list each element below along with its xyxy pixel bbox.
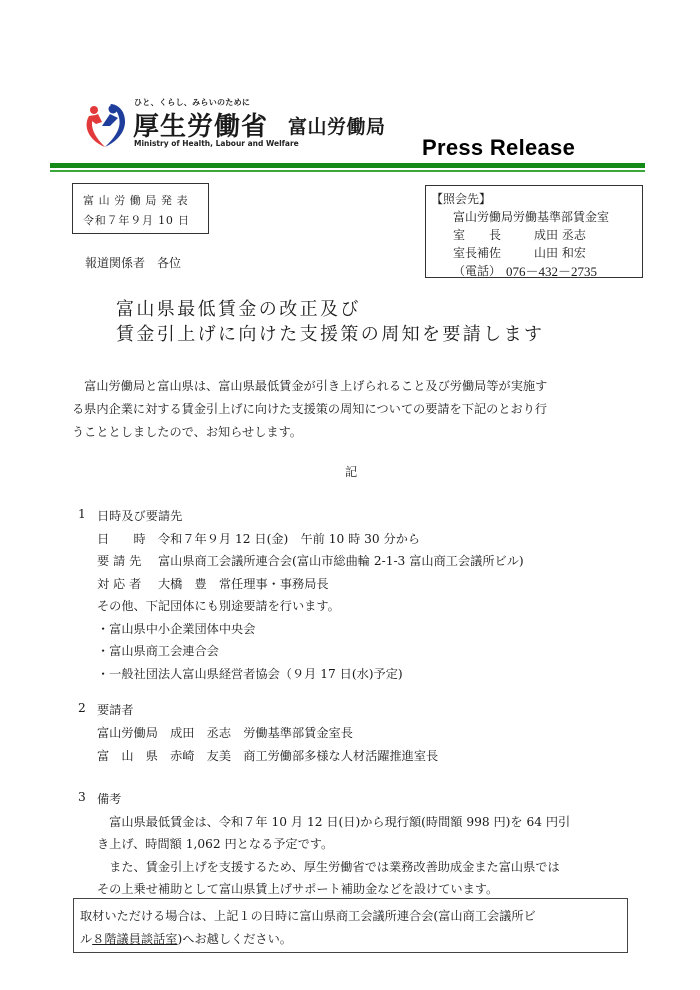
contact-role: 室 長 (453, 226, 501, 243)
field-label: 要 請 先 (97, 552, 141, 569)
intro-line: うこととしましたので、お知らせします。 (72, 423, 302, 440)
intro-line: 富山労働局と富山県は、富山県最低賃金が引き上げられること及び労働局等が実施す (72, 377, 547, 394)
page-title-line2: 賃金引上げに向けた支援策の周知を要請します (116, 320, 544, 346)
remarks-line: また、賃金引上げを支援するため、厚生労働省では業務改善助成金また富山県では (97, 858, 560, 875)
requester-row: 富山労働局 成田 丞志 労働基準部賃金室長 (97, 724, 353, 741)
notice-room: ８階議員談話室 (92, 932, 177, 946)
notice-line: ル８階議員談話室)へお越しください。 (80, 930, 292, 947)
remarks-line: き上げ、時間額 1,062 円となる予定です。 (97, 835, 333, 852)
header-divider-thin (50, 170, 645, 172)
others-intro: その他、下記団体にも別途要請を行います。 (97, 597, 340, 614)
issue-date: 令和７年９月 10 日 (83, 212, 190, 228)
intro-line: る県内企業に対する賃金引上げに向けた支援策の周知についての要請を下記のとおり行 (72, 400, 547, 417)
remarks-line: その上乗せ補助として富山県賃上げサポート補助金などを設けています。 (97, 880, 498, 897)
contact-person: 山田 和宏 (534, 244, 586, 261)
bureau-name: 富山労働局 (288, 112, 386, 139)
list-item: ・一般社団法人富山県経営者協会（９月 17 日(水)予定) (97, 665, 403, 682)
contact-box: 【照会先】 富山労働局労働基準部賃金室 室 長 成田 丞志 室長補佐 山田 和宏… (425, 185, 643, 278)
list-item: ・富山県中小企業団体中央会 (97, 620, 255, 637)
contact-office: 富山労働局労働基準部賃金室 (453, 208, 609, 225)
section-number: 3 (78, 790, 86, 804)
ministry-name-en: Ministry of Health, Labour and Welfare (134, 139, 299, 148)
notice-text: ル (80, 932, 92, 946)
field-value: 令和７年９月 12 日(金) 午前 10 時 30 分から (158, 530, 420, 547)
page-title-line1: 富山県最低賃金の改正及び (116, 295, 361, 321)
contact-heading: 【照会先】 (431, 190, 491, 207)
section-heading: 要請者 (97, 701, 134, 718)
contact-role: 室長補佐 (453, 244, 501, 261)
field-value: 大橋 豊 常任理事・事務局長 (158, 575, 329, 592)
list-item: ・富山県商工会連合会 (97, 642, 219, 659)
contact-phone: 076－432－2735 (506, 261, 597, 280)
contact-person: 成田 丞志 (534, 226, 586, 243)
section-number: 1 (78, 507, 86, 521)
issuer-name: 富山労働局発表 (83, 192, 192, 208)
ki-marker: 記 (345, 463, 357, 480)
remarks-line: 富山県最低賃金は、令和７年 10 月 12 日(日)から現行額(時間額 998 … (97, 813, 570, 830)
section-number: 2 (78, 701, 86, 715)
section-heading: 日時及び要請先 (97, 507, 182, 524)
section-heading: 備考 (97, 790, 121, 807)
press-release-label: Press Release (422, 135, 575, 161)
recipients: 報道関係者 各位 (85, 254, 181, 271)
notice-line: 取材いただける場合は、上記１の日時に富山県商工会議所連合会(富山商工会議所ビ (80, 907, 536, 924)
header-divider (50, 163, 645, 168)
field-value: 富山県商工会議所連合会(富山市総曲輪 2-1-3 富山商工会議所ビル) (158, 552, 524, 569)
notice-text: )へお越しください。 (178, 932, 292, 946)
ministry-name-jp: 厚生労働省 (133, 106, 268, 143)
requester-row: 富 山 県 赤崎 友美 商工労働部多様な人材活躍推進室長 (97, 747, 438, 764)
issuer-box: 富山労働局発表 令和７年９月 10 日 (72, 183, 209, 234)
contact-phone-label: （電話） (453, 262, 501, 279)
field-label: 対 応 者 (97, 575, 141, 592)
ministry-logo-icon (80, 100, 130, 150)
field-label: 日 時 (97, 530, 146, 547)
